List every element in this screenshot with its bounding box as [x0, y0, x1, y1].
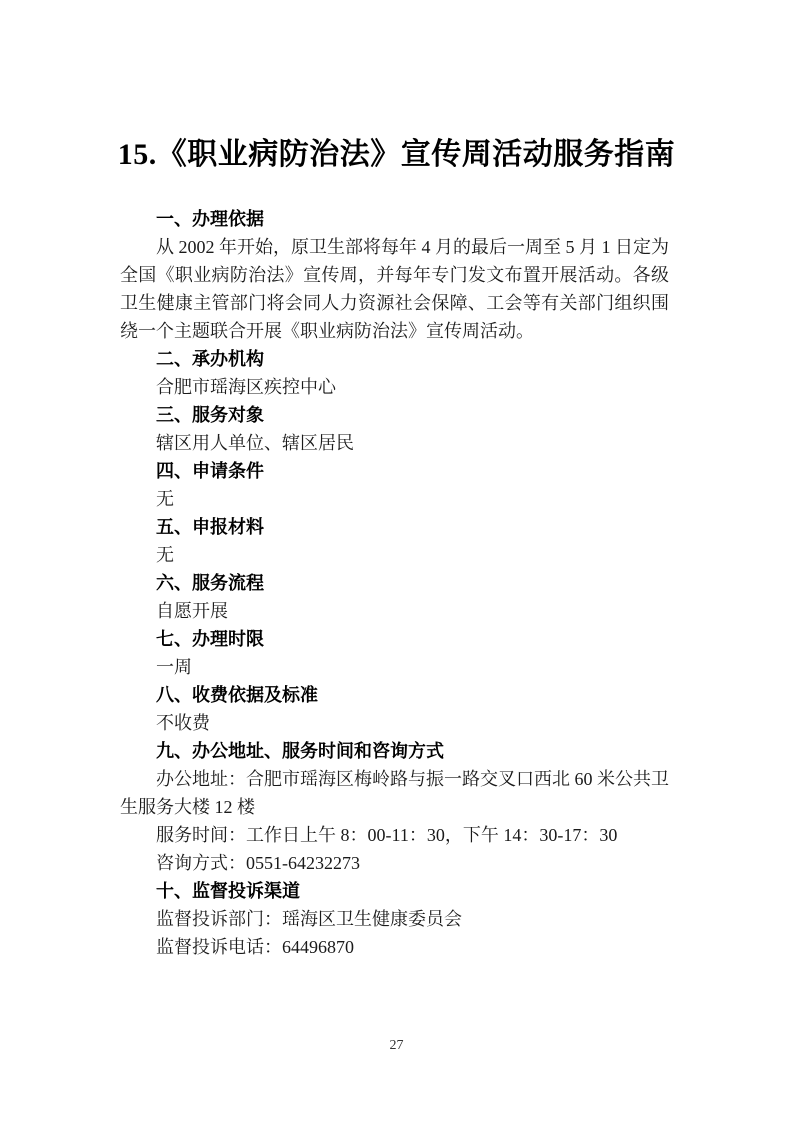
section-paragraph: 咨询方式：0551-64232273: [120, 849, 669, 877]
section-heading: 七、办理时限: [120, 625, 669, 653]
section-paragraph: 服务时间：工作日上午 8：00-11：30，下午 14：30-17：30: [120, 821, 669, 849]
document-body: 一、办理依据 从 2002 年开始，原卫生部将每年 4 月的最后一周至 5 月 …: [120, 205, 669, 961]
section-paragraph: 辖区用人单位、辖区居民: [120, 429, 669, 457]
section-heading: 三、服务对象: [120, 401, 669, 429]
section-paragraph: 从 2002 年开始，原卫生部将每年 4 月的最后一周至 5 月 1 日定为全国…: [120, 233, 669, 345]
section-heading: 十、监督投诉渠道: [120, 877, 669, 905]
section-heading: 二、承办机构: [120, 345, 669, 373]
section-paragraph: 合肥市瑶海区疾控中心: [120, 373, 669, 401]
document-page: 15.《职业病防治法》宣传周活动服务指南 一、办理依据 从 2002 年开始，原…: [0, 0, 793, 1122]
page-number: 27: [0, 1038, 793, 1054]
section-heading: 九、办公地址、服务时间和咨询方式: [120, 737, 669, 765]
section-paragraph: 办公地址：合肥市瑶海区梅岭路与振一路交叉口西北 60 米公共卫生服务大楼 12 …: [120, 765, 669, 821]
section-paragraph: 一周: [120, 653, 669, 681]
section-heading: 八、收费依据及标准: [120, 681, 669, 709]
section-heading: 四、申请条件: [120, 457, 669, 485]
section-paragraph: 监督投诉电话：64496870: [120, 933, 669, 961]
section-heading: 五、申报材料: [120, 513, 669, 541]
section-paragraph: 自愿开展: [120, 597, 669, 625]
section-paragraph: 无: [120, 485, 669, 513]
section-paragraph: 无: [120, 541, 669, 569]
page-title: 15.《职业病防治法》宣传周活动服务指南: [0, 134, 793, 176]
section-paragraph: 监督投诉部门：瑶海区卫生健康委员会: [120, 905, 669, 933]
section-heading: 六、服务流程: [120, 569, 669, 597]
section-heading: 一、办理依据: [120, 205, 669, 233]
section-paragraph: 不收费: [120, 709, 669, 737]
